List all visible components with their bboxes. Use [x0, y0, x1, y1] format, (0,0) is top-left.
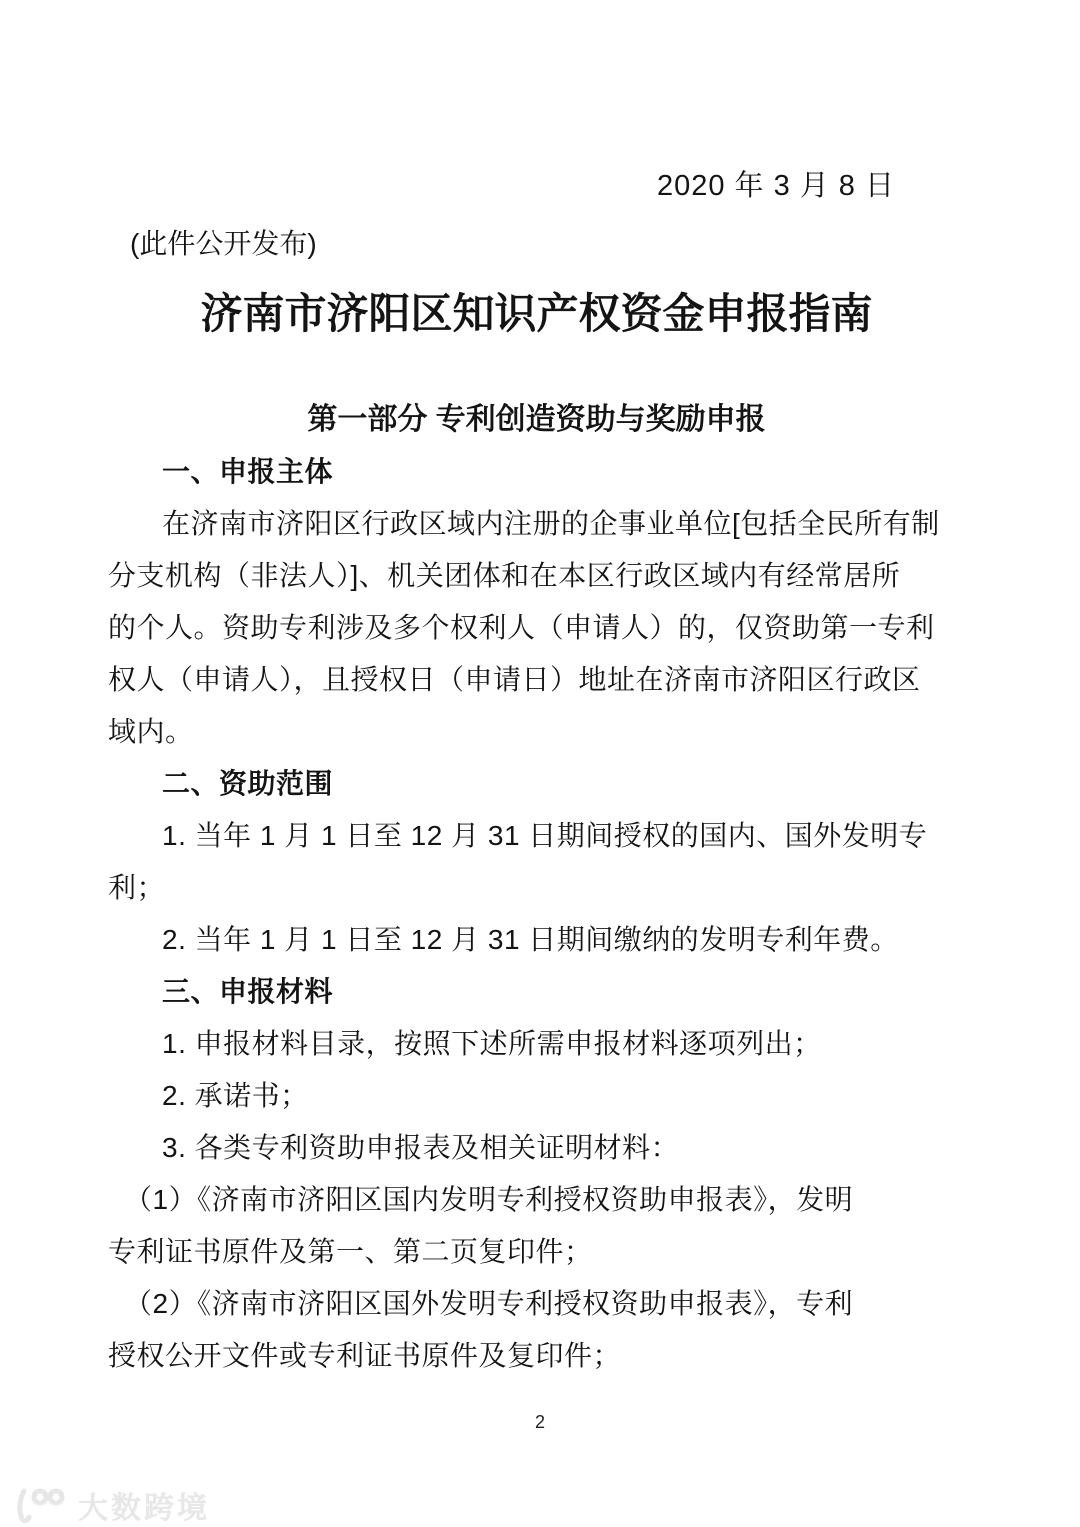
section-heading: 第一部分 专利创造资助与奖励申报 — [108, 398, 965, 442]
body-line: （2）《济南市济阳区国外发明专利授权资助申报表》，专利 — [108, 1278, 965, 1330]
body-line: 权人（申请人），且授权日（申请日）地址在济南市济阳区行政区 — [108, 654, 965, 706]
body-line: 1. 申报材料目录，按照下述所需申报材料逐项列出； — [108, 1018, 965, 1070]
body-line: 2. 承诺书； — [108, 1070, 965, 1122]
body-lines: 一、申报主体在济南市济阳区行政区域内注册的企事业单位[包括全民所有制分支机构（非… — [108, 446, 965, 1382]
body-line: 1. 当年 1 月 1 日至 12 月 31 日期间授权的国内、国外发明专 — [108, 810, 965, 862]
body-line: 一、申报主体 — [108, 446, 965, 498]
body-line: 3. 各类专利资助申报表及相关证明材料： — [108, 1122, 965, 1174]
watermark-label: 大数跨境 — [78, 1483, 210, 1527]
body-line: 分支机构（非法人）]、机关团体和在本区行政区域内有经常居所 — [108, 550, 965, 602]
document-body: 2020 年 3 月 8 日 (此件公开发布) 济南市济阳区知识产权资金申报指南… — [108, 0, 965, 1382]
body-line: 专利证书原件及第一、第二页复印件； — [108, 1226, 965, 1278]
page-number: 2 — [0, 1412, 1080, 1433]
document-page: 2020 年 3 月 8 日 (此件公开发布) 济南市济阳区知识产权资金申报指南… — [0, 0, 1080, 1527]
body-line: 在济南市济阳区行政区域内注册的企事业单位[包括全民所有制 — [108, 498, 965, 550]
public-release-note: (此件公开发布) — [108, 224, 965, 264]
document-date: 2020 年 3 月 8 日 — [108, 166, 965, 206]
dashu-kuajing-logo-icon — [10, 1485, 72, 1525]
body-line: 二、资助范围 — [108, 758, 965, 810]
body-line: （1）《济南市济阳区国内发明专利授权资助申报表》，发明 — [108, 1174, 965, 1226]
document-title: 济南市济阳区知识产权资金申报指南 — [108, 286, 965, 342]
body-line: 的个人。资助专利涉及多个权利人（申请人）的，仅资助第一专利 — [108, 602, 965, 654]
body-line: 授权公开文件或专利证书原件及复印件； — [108, 1330, 965, 1382]
watermark: 大数跨境 — [10, 1483, 210, 1527]
body-line: 2. 当年 1 月 1 日至 12 月 31 日期间缴纳的发明专利年费。 — [108, 914, 965, 966]
body-line: 域内。 — [108, 706, 965, 758]
body-line: 利； — [108, 862, 965, 914]
body-line: 三、申报材料 — [108, 966, 965, 1018]
